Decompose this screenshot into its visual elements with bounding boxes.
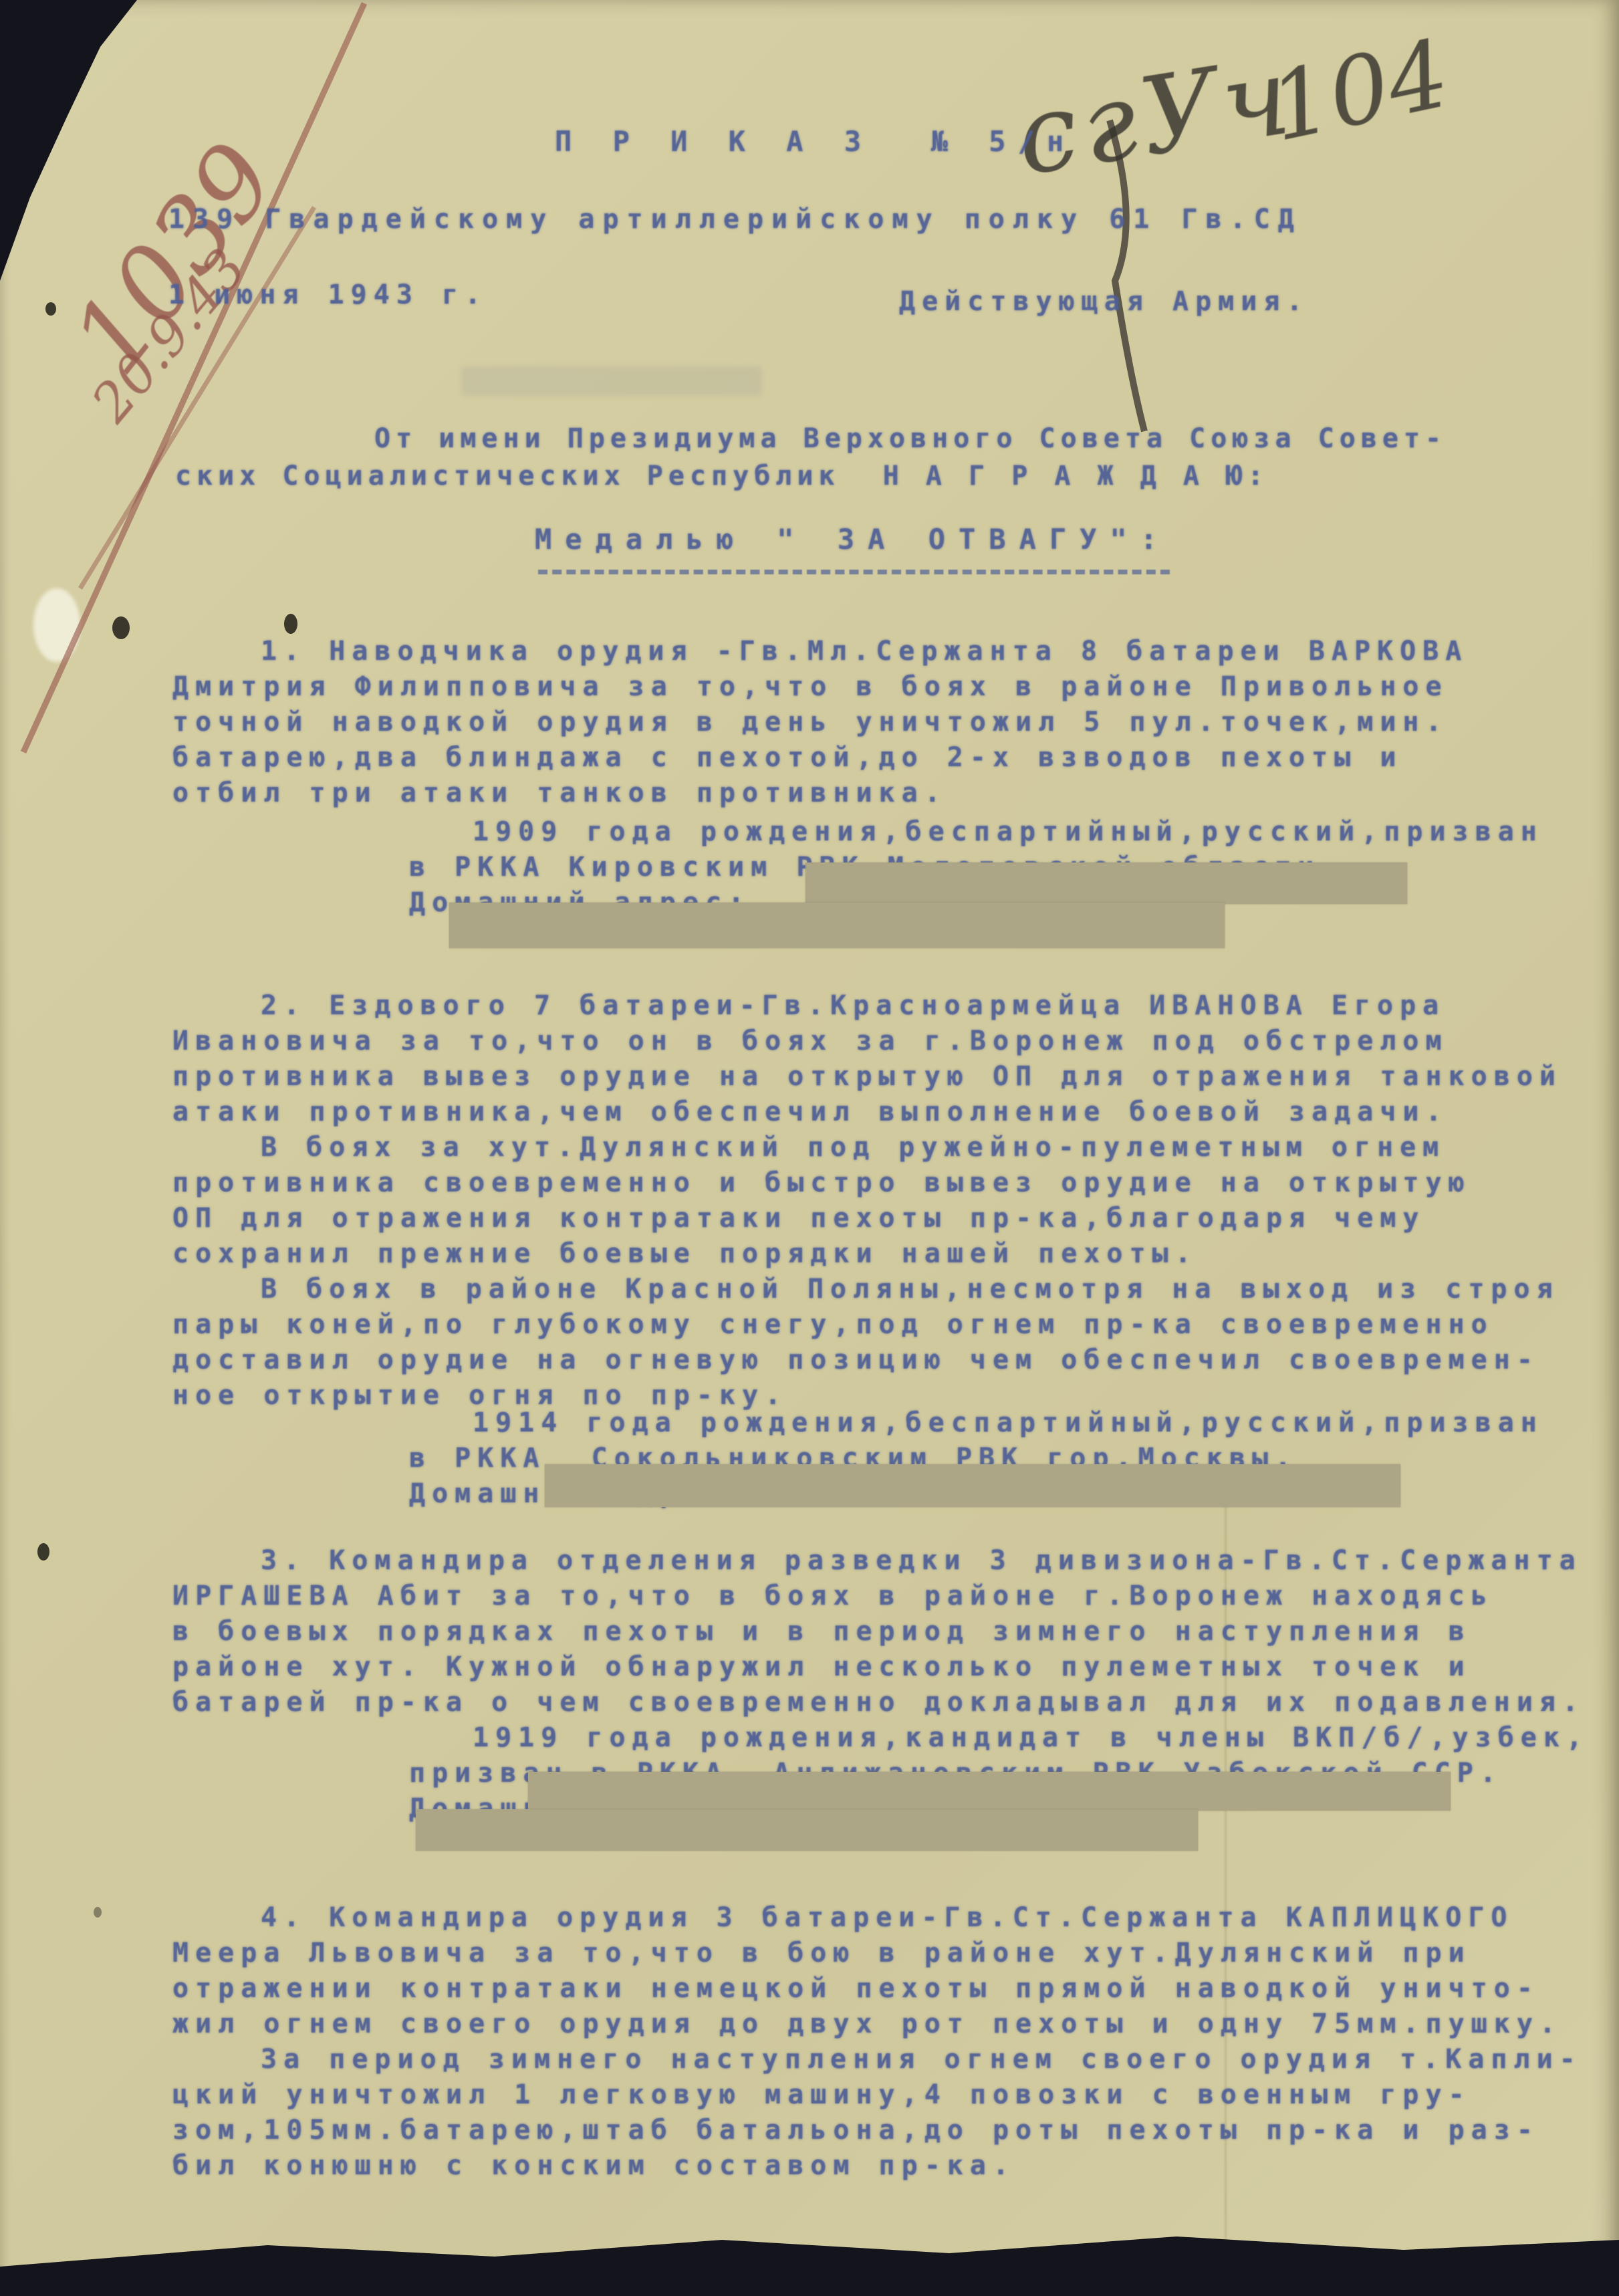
- bio-line: 1919 года рождения,кандидат в члены ВКП/…: [409, 1720, 1589, 1756]
- order-addressee: 139 Гвардейскому артиллерийскому полку 6…: [168, 202, 1302, 237]
- ink-blot: [112, 616, 130, 639]
- entry-line: Ивановича за то,что он в боях за г.Ворон…: [172, 1024, 1562, 1059]
- bio-line: 1914 года рождения,беспартийный,русский,…: [409, 1405, 1543, 1441]
- entry-line: батарею,два блиндажа с пехотой,до 2-х вз…: [172, 740, 1468, 776]
- censored-address-block: [416, 1809, 1198, 1851]
- censored-address-block: [545, 1464, 1400, 1507]
- entry-line: атаки противника,чем обеспечил выполнени…: [172, 1095, 1562, 1130]
- ink-blot: [45, 302, 56, 316]
- ink-blot: [94, 1907, 102, 1918]
- entry-line: батарей пр-ка о чем своевременно доклады…: [172, 1685, 1585, 1720]
- award-entry-2: 2. Ездового 7 батареи-Гв.Красноармейца И…: [172, 988, 1562, 1413]
- entry-line: доставил орудие на огневую позицию чем о…: [172, 1343, 1562, 1378]
- entry-line: точной наводкой орудия в день уничтожил …: [172, 705, 1468, 740]
- entry-line: зом,105мм.батарею,штаб батальона,до роты…: [172, 2113, 1582, 2148]
- entry-line: 3. Командира отделения разведки 3 дивизи…: [172, 1543, 1585, 1579]
- censored-address-block: [449, 903, 1225, 948]
- award-underline: [538, 570, 1170, 574]
- preamble-line-2: ских Социалистических Республик Н А Г Р …: [175, 459, 1269, 494]
- order-title: П Р И К А З № 5/н: [555, 124, 1076, 159]
- award-entry-1: 1. Наводчика орудия -Гв.Мл.Сержанта 8 ба…: [172, 634, 1468, 811]
- entry-line: противника своевременно и быстро вывез о…: [172, 1165, 1562, 1201]
- censored-address-block: [528, 1772, 1451, 1811]
- scanned-order-page: 1039 20.9.43 сгУч 104 П Р И К А З № 5/н …: [0, 0, 1619, 2296]
- order-date: 1 июня 1943 г.: [168, 277, 487, 313]
- entry-line: ИРГАШЕВА Абит за то,что в боях в районе …: [172, 1579, 1585, 1614]
- entry-line: Дмитрия Филипповича за то,что в боях в р…: [172, 669, 1468, 705]
- entry-line: В боях за хут.Дулянский под ружейно-пуле…: [172, 1130, 1562, 1165]
- entry-line: отбил три атаки танков противника.: [172, 776, 1468, 811]
- entry-line: районе хут. Кужной обнаружил несколько п…: [172, 1649, 1585, 1685]
- entry-line: противника вывез орудие на открытую ОП д…: [172, 1059, 1562, 1095]
- entry-line: ОП для отражения контратаки пехоты пр-ка…: [172, 1201, 1562, 1236]
- award-entry-3: 3. Командира отделения разведки 3 дивизи…: [172, 1543, 1585, 1720]
- ink-blot: [37, 1543, 49, 1561]
- entry-line: сохранил прежние боевые порядки нашей пе…: [172, 1236, 1562, 1272]
- entry-line: пары коней,по глубокому снегу,под огнем …: [172, 1307, 1562, 1343]
- award-entry-4: 4. Командира орудия 3 батареи-Гв.Ст.Серж…: [172, 1900, 1582, 2184]
- entry-line: цкий уничтожил 1 легковую машину,4 повоз…: [172, 2077, 1582, 2113]
- entry-line: Меера Львовича за то,что в бою в районе …: [172, 1936, 1582, 1971]
- award-medal-line: Медалью " ЗА ОТВАГУ":: [535, 522, 1170, 557]
- faded-ghost-text: [461, 366, 762, 396]
- entry-line: 1. Наводчика орудия -Гв.Мл.Сержанта 8 ба…: [172, 634, 1468, 669]
- ink-blot: [284, 614, 297, 634]
- entry-line: отражении контратаки немецкой пехоты пря…: [172, 1971, 1582, 2006]
- entry-line: в боевых порядках пехоты и в период зимн…: [172, 1614, 1585, 1649]
- preamble-line-1: От имени Президиума Верховного Совета Со…: [374, 421, 1447, 457]
- entry-line: В боях в районе Красной Поляны,несмотря …: [172, 1272, 1562, 1307]
- order-location: Действующая Армия.: [899, 284, 1309, 320]
- entry-line: бил конюшню с конским составом пр-ка.: [172, 2148, 1582, 2184]
- entry-line: 4. Командира орудия 3 батареи-Гв.Ст.Серж…: [172, 1900, 1582, 1936]
- bio-line: 1909 года рождения,беспартийный,русский,…: [409, 814, 1543, 850]
- censored-address-block: [805, 863, 1407, 904]
- paper-tear: [33, 588, 80, 662]
- entry-line: За период зимнего наступления огнем свое…: [172, 2042, 1582, 2077]
- entry-line: 2. Ездового 7 батареи-Гв.Красноармейца И…: [172, 988, 1562, 1024]
- entry-line: жил огнем своего орудия до двух рот пехо…: [172, 2006, 1582, 2042]
